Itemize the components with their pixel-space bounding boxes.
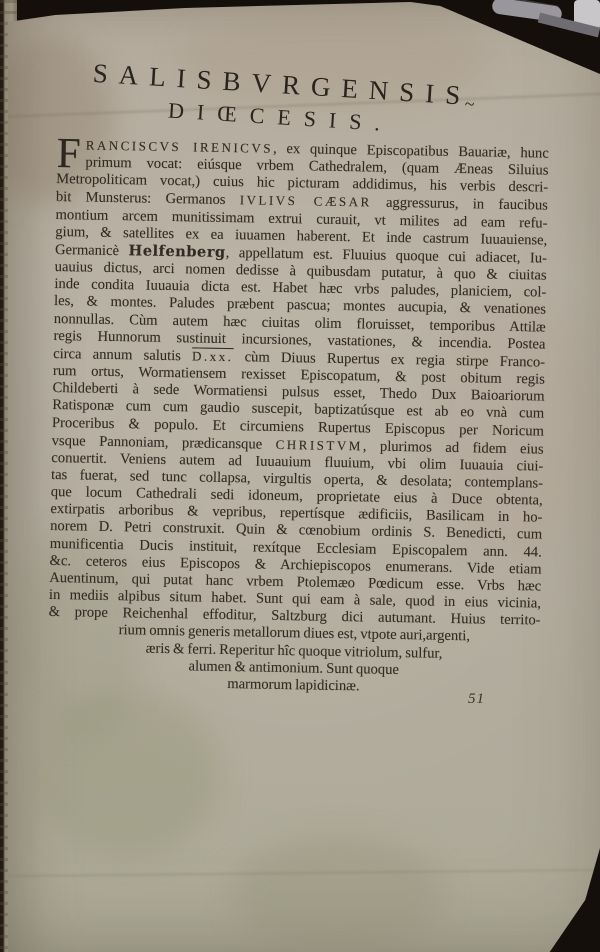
drop-cap: F bbox=[56, 137, 80, 170]
stain bbox=[233, 835, 443, 952]
photo-background: { "page": { "title_line1": "SALISBVRGENS… bbox=[0, 0, 600, 952]
page-number: 51 bbox=[468, 691, 485, 708]
book-page: SALISBVRGENSIS~ DIŒCESIS. F RANCISCVS IR… bbox=[8, 0, 600, 952]
title-flourish: ~ bbox=[464, 94, 475, 115]
body-text: F RANCISCVS IRENICVS, ex quinque Episcop… bbox=[47, 136, 549, 699]
stain bbox=[30, 690, 220, 860]
